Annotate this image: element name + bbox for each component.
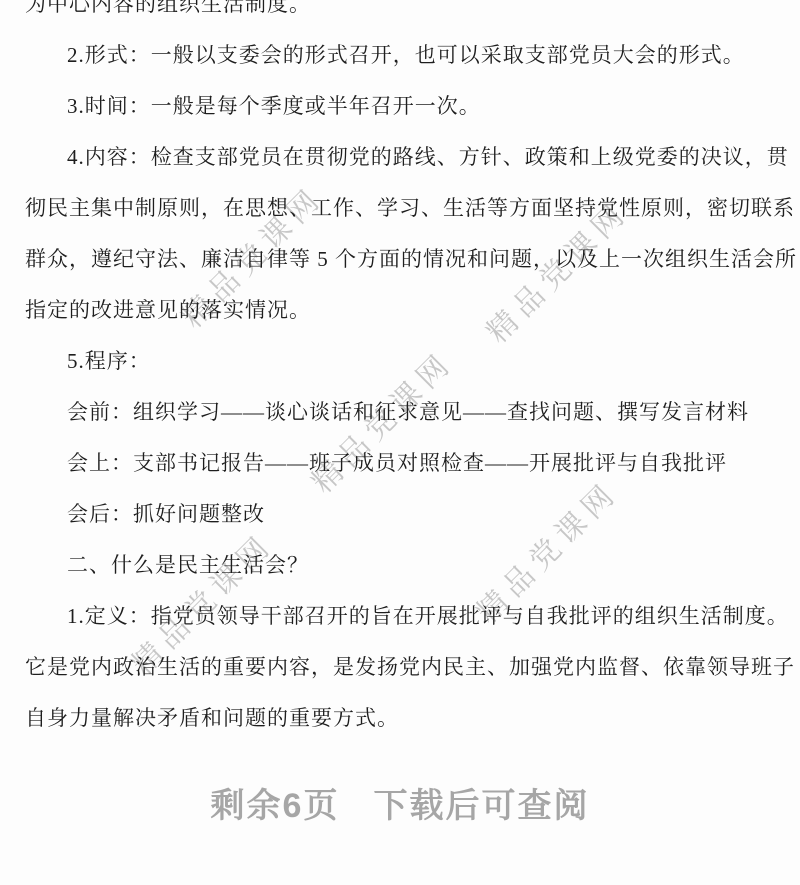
text-line-content-2: 彻民主集中制原则，在思想、工作、学习、生活等方面坚持党性原则，密切联系 xyxy=(0,183,800,234)
text-line-after-meeting: 会后：抓好问题整改 xyxy=(0,489,800,540)
text-line-time: 3.时间：一般是每个季度或半年召开一次。 xyxy=(0,81,800,132)
text-line-definition-2: 它是党内政治生活的重要内容，是发扬党内民主、加强党内监督、依靠领导班子 xyxy=(0,642,800,693)
text-line-procedure: 5.程序： xyxy=(0,336,800,387)
text-line-definition-1: 1.定义：指党员领导干部召开的旨在开展批评与自我批评的组织生活制度。 xyxy=(0,591,800,642)
remaining-pages-label: 剩余6页 xyxy=(211,787,340,825)
document-page: 精品党课网 精品党课网 精品党课网 精品党课网 精品党课网 为中心内容的组织生活… xyxy=(0,0,800,885)
section-heading-2: 二、什么是民主生活会？ xyxy=(0,540,800,591)
document-body: 为中心内容的组织生活制度。 2.形式：一般以支委会的形式召开，也可以采取支部党员… xyxy=(0,0,800,744)
text-line-content-4: 指定的改进意见的落实情况。 xyxy=(0,285,800,336)
text-line-before-meeting: 会前：组织学习——谈心谈话和征求意见——查找问题、撰写发言材料 xyxy=(0,387,800,438)
text-line-content-3: 群众，遵纪守法、廉洁自律等 5 个方面的情况和问题，以及上一次组织生活会所 xyxy=(0,234,800,285)
pagination-notice: 剩余6页下载后可查阅 xyxy=(0,786,800,826)
text-line-during-meeting: 会上：支部书记报告——班子成员对照检查——开展批评与自我批评 xyxy=(0,438,800,489)
download-hint-label: 下载后可查阅 xyxy=(373,787,589,825)
text-line-content-1: 4.内容：检查支部党员在贯彻党的路线、方针、政策和上级党委的决议，贯 xyxy=(0,132,800,183)
text-line-definition-3: 自身力量解决矛盾和问题的重要方式。 xyxy=(0,693,800,744)
text-line-form: 2.形式：一般以支委会的形式召开，也可以采取支部党员大会的形式。 xyxy=(0,30,800,81)
text-line-truncated-top: 为中心内容的组织生活制度。 xyxy=(0,0,800,30)
